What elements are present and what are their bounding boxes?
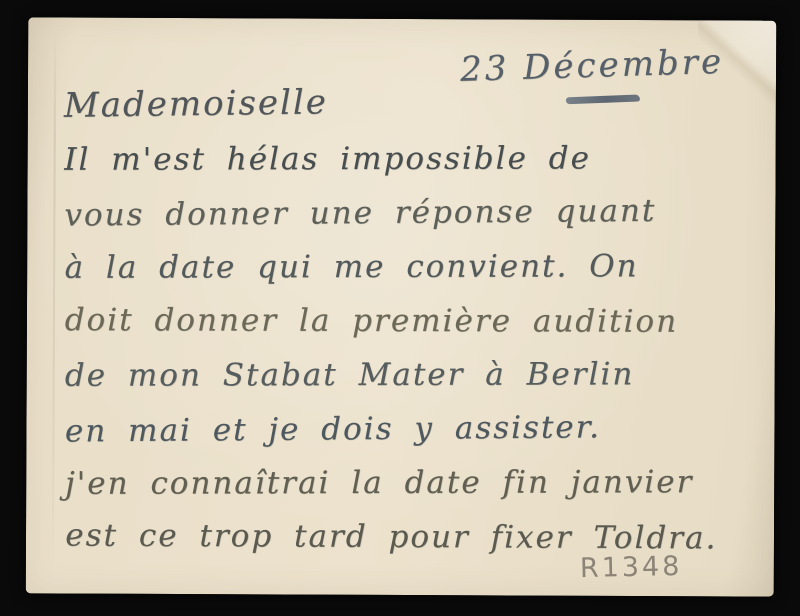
- catalog-number: R1348: [580, 551, 683, 584]
- handwriting-line: Il m'est hélas impossible de: [64, 140, 716, 196]
- handwriting-line: doit donner la première audition: [65, 302, 717, 358]
- handwriting-line: vous donner une réponse quant: [64, 192, 717, 251]
- handwriting-line: j'en connaîtrai la date fin janvier: [65, 464, 717, 520]
- letter-card: 23 Décembre Mademoiselle Il m'est hélas …: [26, 17, 777, 596]
- handwriting-line: à la date qui me convient. On: [65, 248, 717, 304]
- handwriting-line: de mon Stabat Mater à Berlin: [65, 356, 717, 412]
- letter-body: Il m'est hélas impossible de vous donner…: [64, 140, 717, 574]
- scan-background: 23 Décembre Mademoiselle Il m'est hélas …: [0, 0, 800, 616]
- handwriting-line: en mai et je dois y assister.: [65, 408, 718, 467]
- left-edge-crease: [52, 27, 56, 567]
- date-underline-stroke: [566, 94, 640, 104]
- salutation: Mademoiselle: [64, 82, 329, 125]
- date-line: 23 Décembre: [460, 42, 725, 90]
